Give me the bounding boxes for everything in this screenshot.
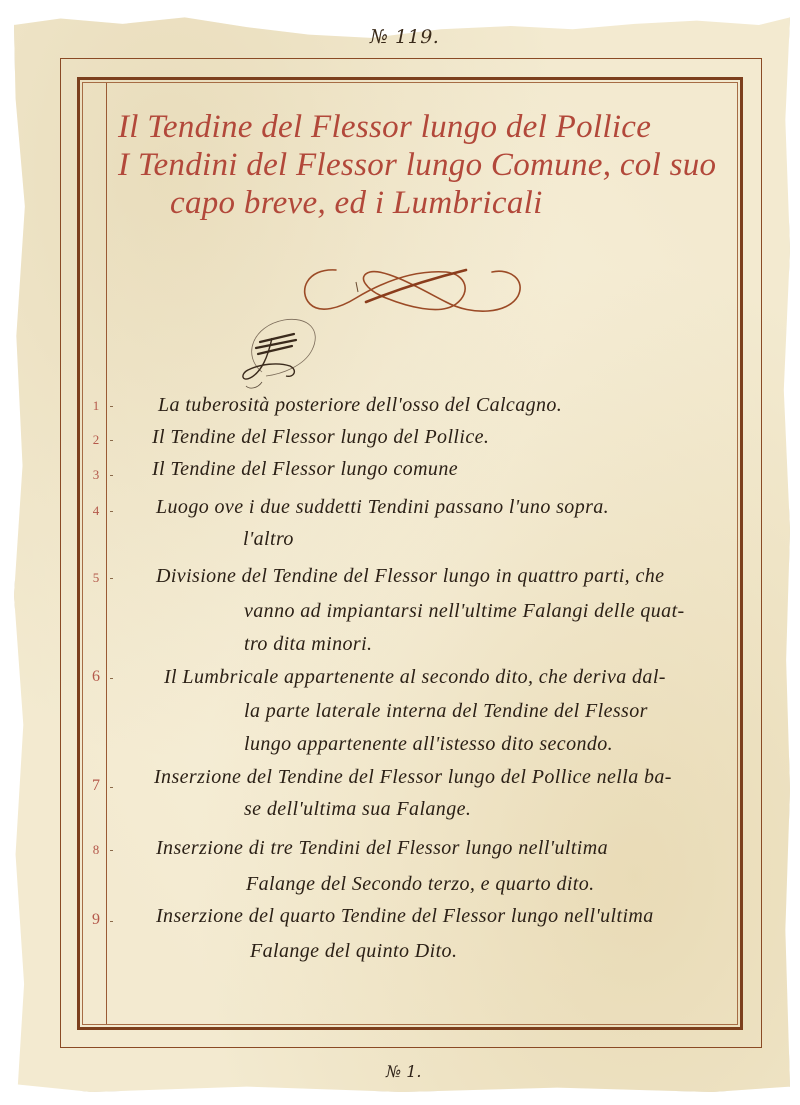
entry-line: Divisione del Tendine del Flessor lungo … [156, 565, 664, 588]
entry-line: Inserzione del quarto Tendine del Flesso… [156, 905, 654, 928]
entry-line: vanno ad impiantarsi nell'ultime Falangi… [244, 600, 685, 623]
margin-tick [110, 787, 113, 788]
entry-number: 5 [88, 570, 104, 586]
entry-line: La tuberosità posteriore dell'osso del C… [158, 394, 562, 417]
entry-list: 1 La tuberosità posteriore dell'osso del… [0, 0, 800, 1105]
entry-line: Il Lumbricale appartenente al secondo di… [164, 666, 666, 689]
margin-tick [110, 578, 113, 579]
margin-tick [110, 440, 113, 441]
entry-line: Falange del Secondo terzo, e quarto dito… [246, 873, 595, 896]
entry-number: 7 [88, 777, 104, 795]
margin-tick [110, 921, 113, 922]
entry-number: 3 [88, 467, 104, 483]
entry-line: lungo appartenente all'istesso dito seco… [244, 733, 613, 756]
entry-line: se dell'ultima sua Falange. [244, 798, 471, 821]
entry-line: Falange del quinto Dito. [250, 940, 457, 963]
entry-line: la parte laterale interna del Tendine de… [244, 700, 648, 723]
entry-number: 4 [88, 503, 104, 519]
folio-number-bottom: № 1. [386, 1062, 422, 1081]
entry-number: 9 [88, 911, 104, 929]
entry-line: Luogo ove i due suddetti Tendini passano… [156, 496, 609, 519]
margin-tick [110, 511, 113, 512]
entry-number: 6 [88, 668, 104, 686]
entry-number: 8 [88, 842, 104, 858]
margin-tick [110, 678, 113, 679]
entry-line: l'altro [243, 528, 294, 551]
entry-line: Inserzione del Tendine del Flessor lungo… [154, 766, 672, 789]
entry-line: Inserzione di tre Tendini del Flessor lu… [156, 837, 608, 860]
margin-tick [110, 850, 113, 851]
entry-line: Il Tendine del Flessor lungo del Pollice… [152, 426, 489, 449]
entry-line: tro dita minori. [244, 633, 372, 656]
margin-tick [110, 475, 113, 476]
entry-number: 1 [88, 398, 104, 414]
entry-number: 2 [88, 432, 104, 448]
entry-line: Il Tendine del Flessor lungo comune [152, 458, 458, 481]
margin-tick [110, 406, 113, 407]
